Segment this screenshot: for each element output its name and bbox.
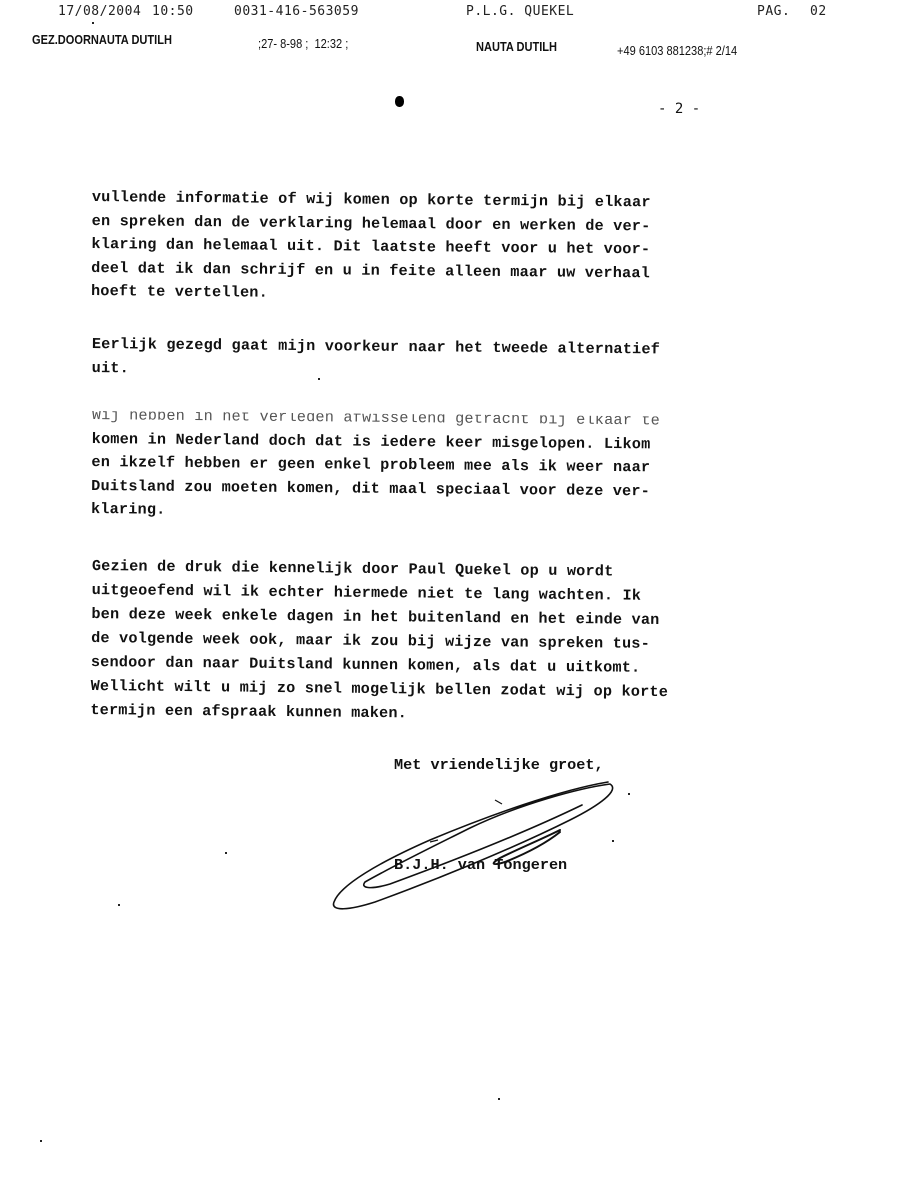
forwarded-by: GEZ.DOORNAUTA DUTILH <box>32 32 172 47</box>
scan-speck <box>498 1098 500 1100</box>
fax-page-number: 02 <box>810 4 827 19</box>
fax-recipient: P.L.G. QUEKEL <box>466 4 574 19</box>
fax-page-label: PAG. <box>757 4 790 19</box>
fax-date: 17/08/2004 <box>58 4 141 19</box>
fax-phone: 0031-416-563059 <box>234 4 359 19</box>
bullet-mark <box>395 96 404 107</box>
scan-speck <box>92 22 94 24</box>
signatory-name: B.J.H. van Tongeren <box>394 856 567 874</box>
scan-speck <box>628 793 630 795</box>
fax-time: 10:50 <box>152 4 194 19</box>
scan-speck <box>40 1140 42 1142</box>
scan-speck <box>612 840 614 842</box>
paragraph-1: vullende informatie of wij komen op kort… <box>91 186 651 309</box>
handwritten-signature <box>320 770 640 920</box>
sender-fax-number: +49 6103 881238;# 2/14 <box>617 43 737 58</box>
sender-name: NAUTA DUTILH <box>476 39 557 54</box>
paragraph-4: Gezien de druk die kennelijk door Paul Q… <box>90 554 669 728</box>
scan-speck <box>118 904 120 906</box>
paragraph-2: Eerlijk gezegd gaat mijn voorkeur naar h… <box>92 333 661 385</box>
fax-page: 17/08/2004 10:50 0031-416-563059 P.L.G. … <box>0 0 900 1182</box>
scan-speck <box>225 852 227 854</box>
transmission-datetime: ;27- 8-98 ; 12:32 ; <box>258 36 348 51</box>
page-marker: - 2 - <box>658 101 700 117</box>
scan-speck <box>318 378 320 380</box>
paragraph-3: Wij hebben in het verleden afwisselend g… <box>91 404 660 527</box>
